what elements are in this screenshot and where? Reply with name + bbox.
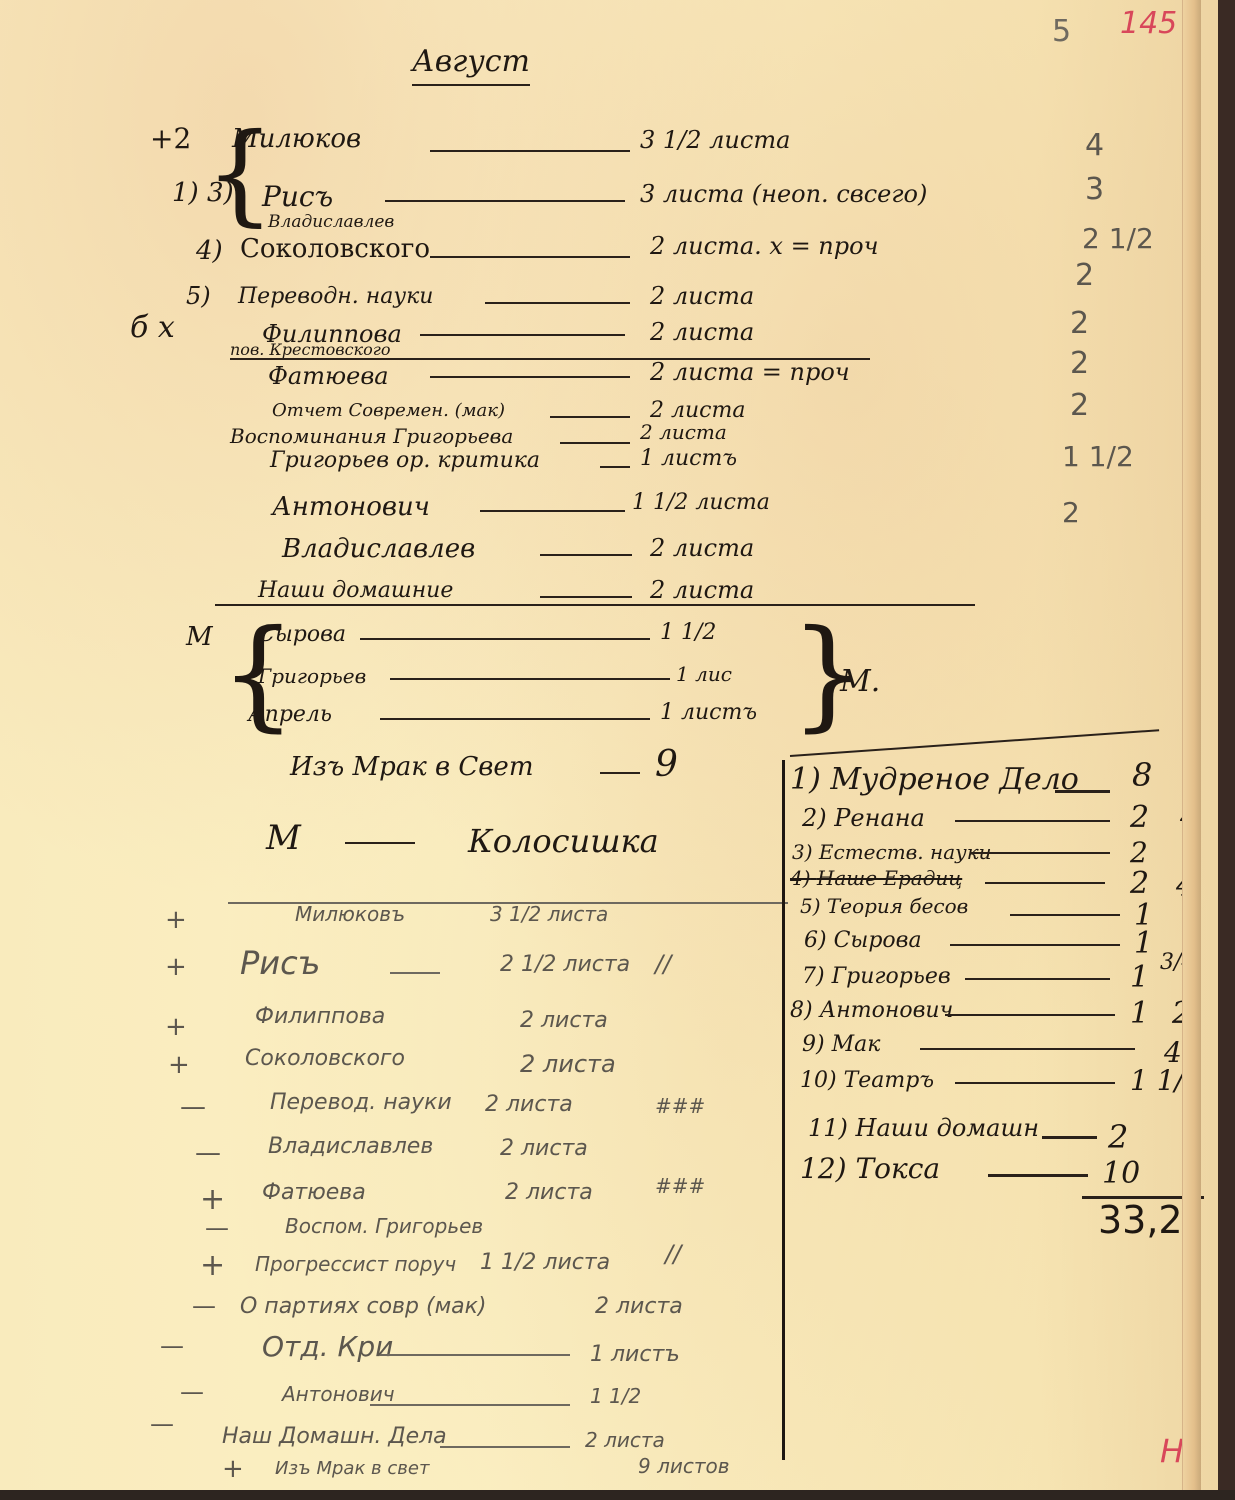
item-number: 6) bbox=[804, 928, 827, 953]
row-value: 2 листа bbox=[585, 1428, 665, 1452]
row-value: 2 листа. х = проч bbox=[650, 232, 879, 260]
leader-line bbox=[920, 1048, 1135, 1050]
extra-value: 9 bbox=[655, 744, 678, 785]
item-name: Антонович bbox=[820, 998, 954, 1023]
row-value: 2 листа bbox=[650, 282, 754, 310]
row-note: // bbox=[665, 1240, 681, 1268]
item-number: 2) bbox=[802, 804, 827, 832]
item-label: 11) Наши домашн bbox=[808, 1114, 1039, 1142]
leader-line bbox=[950, 944, 1120, 946]
row-above: Владиславлев bbox=[268, 212, 394, 232]
leader-line bbox=[440, 1446, 570, 1448]
item-name: Сырова bbox=[834, 928, 922, 953]
row-right: 2 1/2 bbox=[1082, 222, 1154, 255]
row-name: Фатюева bbox=[262, 1180, 366, 1205]
folio-red: 145 bbox=[1120, 6, 1177, 41]
group-value: 1 1/2 bbox=[660, 620, 716, 645]
row-right: 2 bbox=[1070, 346, 1089, 381]
section-heading-left: М bbox=[266, 818, 301, 858]
row-mark: — bbox=[180, 1092, 206, 1122]
row-value: 2 листа bbox=[595, 1294, 683, 1319]
item-label: 1) Мудреное Дело bbox=[790, 762, 1079, 797]
row-value: 2 1/2 листа bbox=[500, 952, 630, 977]
row-name: Антонович bbox=[272, 492, 430, 522]
item-value: 2 bbox=[1130, 866, 1149, 901]
row-mark: — bbox=[160, 1332, 184, 1360]
section-heading-right: Колосишка bbox=[468, 822, 659, 860]
row-value: 2 листа bbox=[650, 576, 754, 604]
item-name: Григорьев bbox=[832, 964, 951, 989]
footer-red-mark: Н bbox=[1160, 1432, 1184, 1470]
row-name: Рисъ bbox=[240, 944, 320, 982]
item-number: 8) bbox=[790, 998, 813, 1023]
item-name: Наши домашн bbox=[856, 1114, 1039, 1142]
leader-line bbox=[985, 882, 1105, 884]
row-value: 2 листа bbox=[485, 1092, 573, 1117]
row-note: ### bbox=[655, 1174, 705, 1198]
leader-line bbox=[965, 978, 1110, 980]
row-name: Наши домашние bbox=[258, 578, 453, 603]
item-name: Естеств. науки bbox=[819, 840, 992, 864]
manuscript-page: Август 5 145 +2 { Милюков 3 1/2 листа 4 … bbox=[0, 0, 1218, 1496]
row-value: 3 листа (неоп. свсего) bbox=[640, 180, 927, 208]
item-value: 2 bbox=[1130, 836, 1148, 869]
item-name: Наше Ерадиц bbox=[817, 866, 962, 890]
row-mark: б х bbox=[130, 310, 175, 345]
row-mark: + bbox=[222, 1454, 244, 1484]
group-value: 1 лис bbox=[676, 662, 732, 686]
row-name: Переводн. науки bbox=[238, 284, 433, 309]
leader-line bbox=[370, 1404, 570, 1406]
item-value: 10 bbox=[1102, 1156, 1140, 1191]
item-value: 8 bbox=[1132, 756, 1152, 794]
row-value: 1 листъ bbox=[640, 446, 737, 471]
row-mark: + bbox=[165, 1012, 187, 1042]
row-right: 2 bbox=[1075, 258, 1094, 293]
row-name: Отд. Кри bbox=[262, 1330, 393, 1363]
row-mark: — bbox=[180, 1378, 204, 1406]
row-name: Владиславлев bbox=[282, 534, 475, 564]
leader-line bbox=[1055, 790, 1110, 793]
row-value: 2 листа bbox=[650, 534, 754, 562]
row-mark: — bbox=[192, 1292, 216, 1320]
row-mark: 5) bbox=[186, 282, 211, 310]
leader-line bbox=[380, 1354, 570, 1356]
row-name: Воспоминания Григорьева bbox=[230, 424, 513, 448]
leader-line bbox=[390, 972, 440, 974]
row-name: Рисъ bbox=[262, 180, 333, 213]
item-label: 2) Ренана bbox=[802, 804, 925, 832]
leader-line bbox=[955, 820, 1110, 822]
leader-line bbox=[600, 772, 640, 774]
item-number: 4) bbox=[790, 866, 811, 890]
leader-line bbox=[988, 1174, 1088, 1177]
row-note: ### bbox=[655, 1094, 705, 1118]
item-label: 5) Теория бесов bbox=[800, 894, 968, 918]
extra-name: Изъ Мрак в Свет bbox=[290, 752, 533, 782]
leader-line bbox=[560, 442, 630, 444]
row-name: Милюковъ bbox=[295, 902, 405, 926]
leader-line bbox=[380, 718, 650, 720]
row-mark: +2 bbox=[150, 122, 191, 155]
row-name: Соколовского bbox=[245, 1046, 405, 1071]
row-name: Григорьев ор. критика bbox=[270, 448, 540, 473]
leader-line bbox=[955, 1082, 1115, 1084]
item-value: 2 bbox=[1130, 800, 1149, 835]
row-value: 2 листа bbox=[500, 1136, 588, 1161]
row-name: Прогрессист поруч bbox=[255, 1252, 456, 1276]
row-value: 1 1/2 листа bbox=[480, 1250, 610, 1275]
leader-line bbox=[1010, 914, 1120, 916]
row-name: Филиппова bbox=[255, 1004, 385, 1029]
heading-dash bbox=[345, 842, 415, 844]
row-mark: — bbox=[150, 1410, 174, 1438]
row-name: Владиславлев bbox=[268, 1134, 433, 1159]
row-value: 1 листъ bbox=[590, 1342, 680, 1367]
folio-pencil: 5 bbox=[1052, 14, 1071, 49]
row-value: 3 1/2 листа bbox=[490, 902, 608, 926]
item-label: 8) Антонович bbox=[790, 998, 953, 1023]
item-label: 12) Токса bbox=[800, 1152, 940, 1185]
row-mark: + bbox=[200, 1182, 225, 1217]
row-mark: + bbox=[165, 952, 187, 982]
bottom-shadow bbox=[0, 1490, 1235, 1500]
row-value: 2 листа bbox=[650, 318, 754, 346]
item-label: 3) Естеств. науки bbox=[792, 840, 992, 864]
item-number: 11) bbox=[808, 1114, 848, 1142]
row-mark: + bbox=[168, 1050, 190, 1080]
row-mark: 4) bbox=[196, 236, 223, 266]
leader-line bbox=[430, 150, 630, 152]
item-name: Мак bbox=[832, 1032, 881, 1057]
row-note: // bbox=[655, 950, 671, 978]
item-label: 6) Сырова bbox=[804, 928, 922, 953]
row-right: 1 1/2 bbox=[1062, 440, 1134, 473]
item-name: Ренана bbox=[834, 804, 925, 832]
leader-line bbox=[485, 302, 630, 304]
item-name: Мудреное Дело bbox=[830, 762, 1079, 797]
leader-line bbox=[970, 852, 1110, 854]
row-mark: — bbox=[195, 1138, 221, 1168]
leader-line bbox=[945, 1014, 1115, 1016]
row-name: Изъ Мрак в свет bbox=[275, 1458, 429, 1479]
item-number: 7) bbox=[802, 964, 825, 989]
item-value: 1 bbox=[1130, 996, 1149, 1031]
row-value: 2 листа bbox=[505, 1180, 593, 1205]
row-right: 2 bbox=[1062, 496, 1080, 529]
leader-line bbox=[420, 334, 625, 336]
row-value: 9 листов bbox=[638, 1454, 730, 1478]
column-rule bbox=[782, 760, 785, 1460]
row-value: 1 1/2 листа bbox=[632, 490, 770, 515]
item-label: 9) Мак bbox=[802, 1032, 880, 1057]
row-mark: 1) 3) bbox=[172, 178, 234, 208]
item-value: 2 bbox=[1108, 1118, 1128, 1156]
leader-line bbox=[550, 416, 630, 418]
row-value: 3 1/2 листа bbox=[640, 126, 790, 154]
row-right: 4 bbox=[1085, 128, 1104, 163]
row-name: Перевод. науки bbox=[270, 1090, 452, 1115]
item-number: 3) bbox=[792, 840, 813, 864]
row-name: Фатюева bbox=[268, 362, 389, 390]
leader-line bbox=[385, 200, 625, 202]
row-right: 2 bbox=[1070, 306, 1089, 341]
item-label: 4) Наше Ерадиц bbox=[790, 866, 962, 890]
group-name: Григорьев bbox=[258, 664, 366, 688]
group-value: 1 листъ bbox=[660, 700, 757, 725]
leader-line bbox=[360, 638, 650, 640]
row-right: 2 bbox=[1070, 388, 1089, 423]
leader-line bbox=[540, 554, 632, 556]
row-value: 2 листа = проч bbox=[650, 358, 850, 386]
leader-line bbox=[390, 678, 670, 680]
row-name: Соколовского bbox=[240, 234, 430, 264]
group-name: Сырова bbox=[258, 622, 346, 647]
item-name: Токса bbox=[855, 1152, 940, 1185]
row-name: Милюков bbox=[232, 124, 361, 154]
group-mark: М bbox=[186, 622, 213, 652]
group-label: М. bbox=[840, 664, 880, 699]
item-number: 9) bbox=[802, 1032, 825, 1057]
row-value: 2 листа bbox=[520, 1008, 608, 1033]
row-mark: — bbox=[205, 1214, 229, 1242]
row-mark: + bbox=[200, 1248, 225, 1283]
page-title: Август bbox=[412, 44, 530, 79]
item-label: 10) Театръ bbox=[800, 1068, 934, 1093]
row-value: 2 листа bbox=[640, 420, 727, 444]
binding-spine bbox=[1218, 0, 1235, 1500]
row-name: Антонович bbox=[282, 1382, 395, 1406]
row-value: 2 листа bbox=[520, 1050, 616, 1078]
leader-line bbox=[480, 510, 625, 512]
row-name: Отчет Современ. (мак) bbox=[272, 400, 505, 421]
item-value: 1 bbox=[1130, 960, 1149, 995]
row-name: Воспом. Григорьев bbox=[285, 1214, 483, 1238]
item-number: 1) bbox=[790, 762, 821, 797]
page-edge bbox=[1182, 0, 1201, 1496]
item-value: 1 bbox=[1134, 926, 1153, 961]
group-name: Апрель bbox=[248, 702, 332, 727]
row-name: Наш Домашн. Дела bbox=[222, 1424, 447, 1449]
item-name: Театръ bbox=[844, 1068, 934, 1093]
row-right: 3 bbox=[1085, 172, 1104, 207]
total-value: 33,2 bbox=[1098, 1198, 1183, 1242]
row-above: пов. Крестовского bbox=[230, 340, 390, 359]
item-number: 12) bbox=[800, 1152, 847, 1185]
item-number: 10) bbox=[800, 1068, 837, 1093]
item-number: 5) bbox=[800, 894, 821, 918]
title-underline bbox=[412, 84, 530, 86]
row-mark: + bbox=[165, 905, 187, 935]
leader-line bbox=[600, 466, 630, 468]
row-name: О партиях совр (мак) bbox=[240, 1294, 487, 1319]
leader-line bbox=[540, 596, 632, 598]
leader-line bbox=[1042, 1136, 1097, 1139]
item-label: 7) Григорьев bbox=[802, 964, 951, 989]
leader-line bbox=[430, 376, 630, 378]
row-value: 1 1/2 bbox=[590, 1384, 641, 1408]
item-name: Теория бесов bbox=[827, 894, 968, 918]
leader-line bbox=[430, 256, 630, 258]
